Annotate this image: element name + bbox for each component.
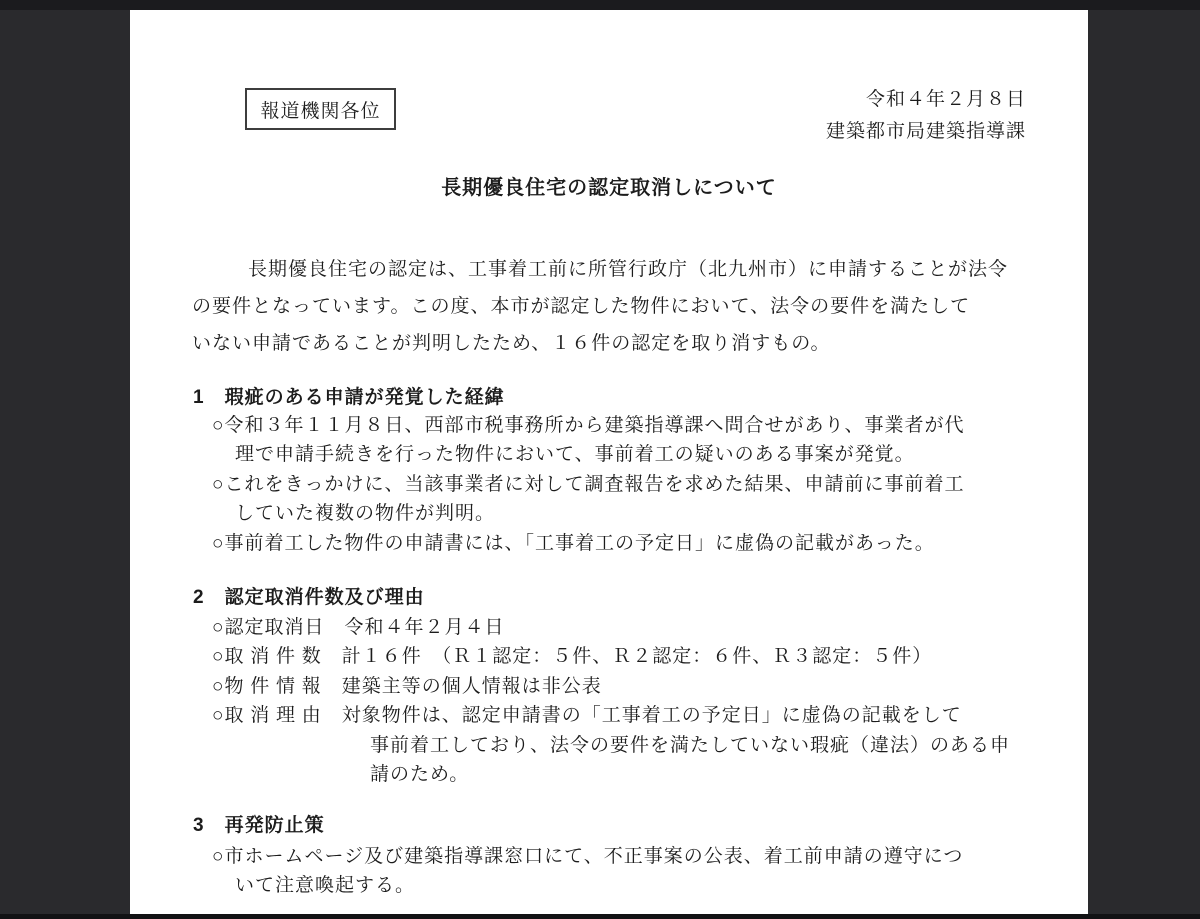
section-2-heading: 2 認定取消件数及び理由 <box>193 586 425 610</box>
document-page: 報道機関各位 令和４年２月８日 建築都市局建築指導課 長期優良住宅の認定取消しに… <box>130 10 1088 914</box>
section-1-line: ○これをきっかけに、当該事業者に対して調査報告を求めた結果、申請前に事前着工 <box>212 473 964 497</box>
intro-line: 長期優良住宅の認定は、工事着工前に所管行政庁（北九州市）に申請することが法令 <box>192 258 1008 282</box>
intro-line: の要件となっています。この度、本市が認定した物件において、法令の要件を満たして <box>192 295 970 319</box>
recipient-box: 報道機関各位 <box>245 88 396 130</box>
section-2-line: ○認定取消日 令和４年２月４日 <box>212 616 504 640</box>
viewer-bottom-strip <box>0 914 1200 919</box>
document-department: 建築都市局建築指導課 <box>826 116 1026 148</box>
page-title: 長期優良住宅の認定取消しについて <box>130 171 1088 200</box>
section-3-heading: 3 再発防止策 <box>193 814 325 838</box>
section-1-heading: 1 瑕疵のある申請が発覚した経緯 <box>193 386 505 410</box>
intro-line: いない申請であることが判明したため、１６件の認定を取り消すもの。 <box>192 332 830 356</box>
section-2-line: 請のため。 <box>370 763 469 787</box>
viewer-top-strip <box>0 0 1200 10</box>
section-3-line: いて注意喚起する。 <box>235 874 415 898</box>
document-header-right: 令和４年２月８日 建築都市局建築指導課 <box>826 84 1026 148</box>
section-2-line: ○取 消 理 由 対象物件は、認定申請書の「工事着工の予定日」に虚偽の記載をして <box>212 704 962 728</box>
document-date: 令和４年２月８日 <box>826 84 1026 116</box>
section-2-line: ○取 消 件 数 計１６件 （Ｒ１認定：５件、Ｒ２認定：６件、Ｒ３認定：５件） <box>212 645 932 669</box>
section-2-line: ○物 件 情 報 建築主等の個人情報は非公表 <box>212 675 602 699</box>
section-1-line: ○事前着工した物件の申請書には、「工事着工の予定日」に虚偽の記載があった。 <box>212 532 935 556</box>
recipient-label: 報道機関各位 <box>260 96 380 123</box>
section-1-line: していた複数の物件が判明。 <box>235 502 495 526</box>
section-2-line: 事前着工しており、法令の要件を満たしていない瑕疵（違法）のある申 <box>370 734 1010 758</box>
section-3-line: ○市ホームページ及び建築指導課窓口にて、不正事案の公表、着工前申請の遵守につ <box>212 845 963 869</box>
section-1-line: ○令和３年１１月８日、西部市税事務所から建築指導課へ問合せがあり、事業者が代 <box>212 414 964 438</box>
section-1-line: 理で申請手続きを行った物件において、事前着工の疑いのある事案が発覚。 <box>235 443 915 467</box>
